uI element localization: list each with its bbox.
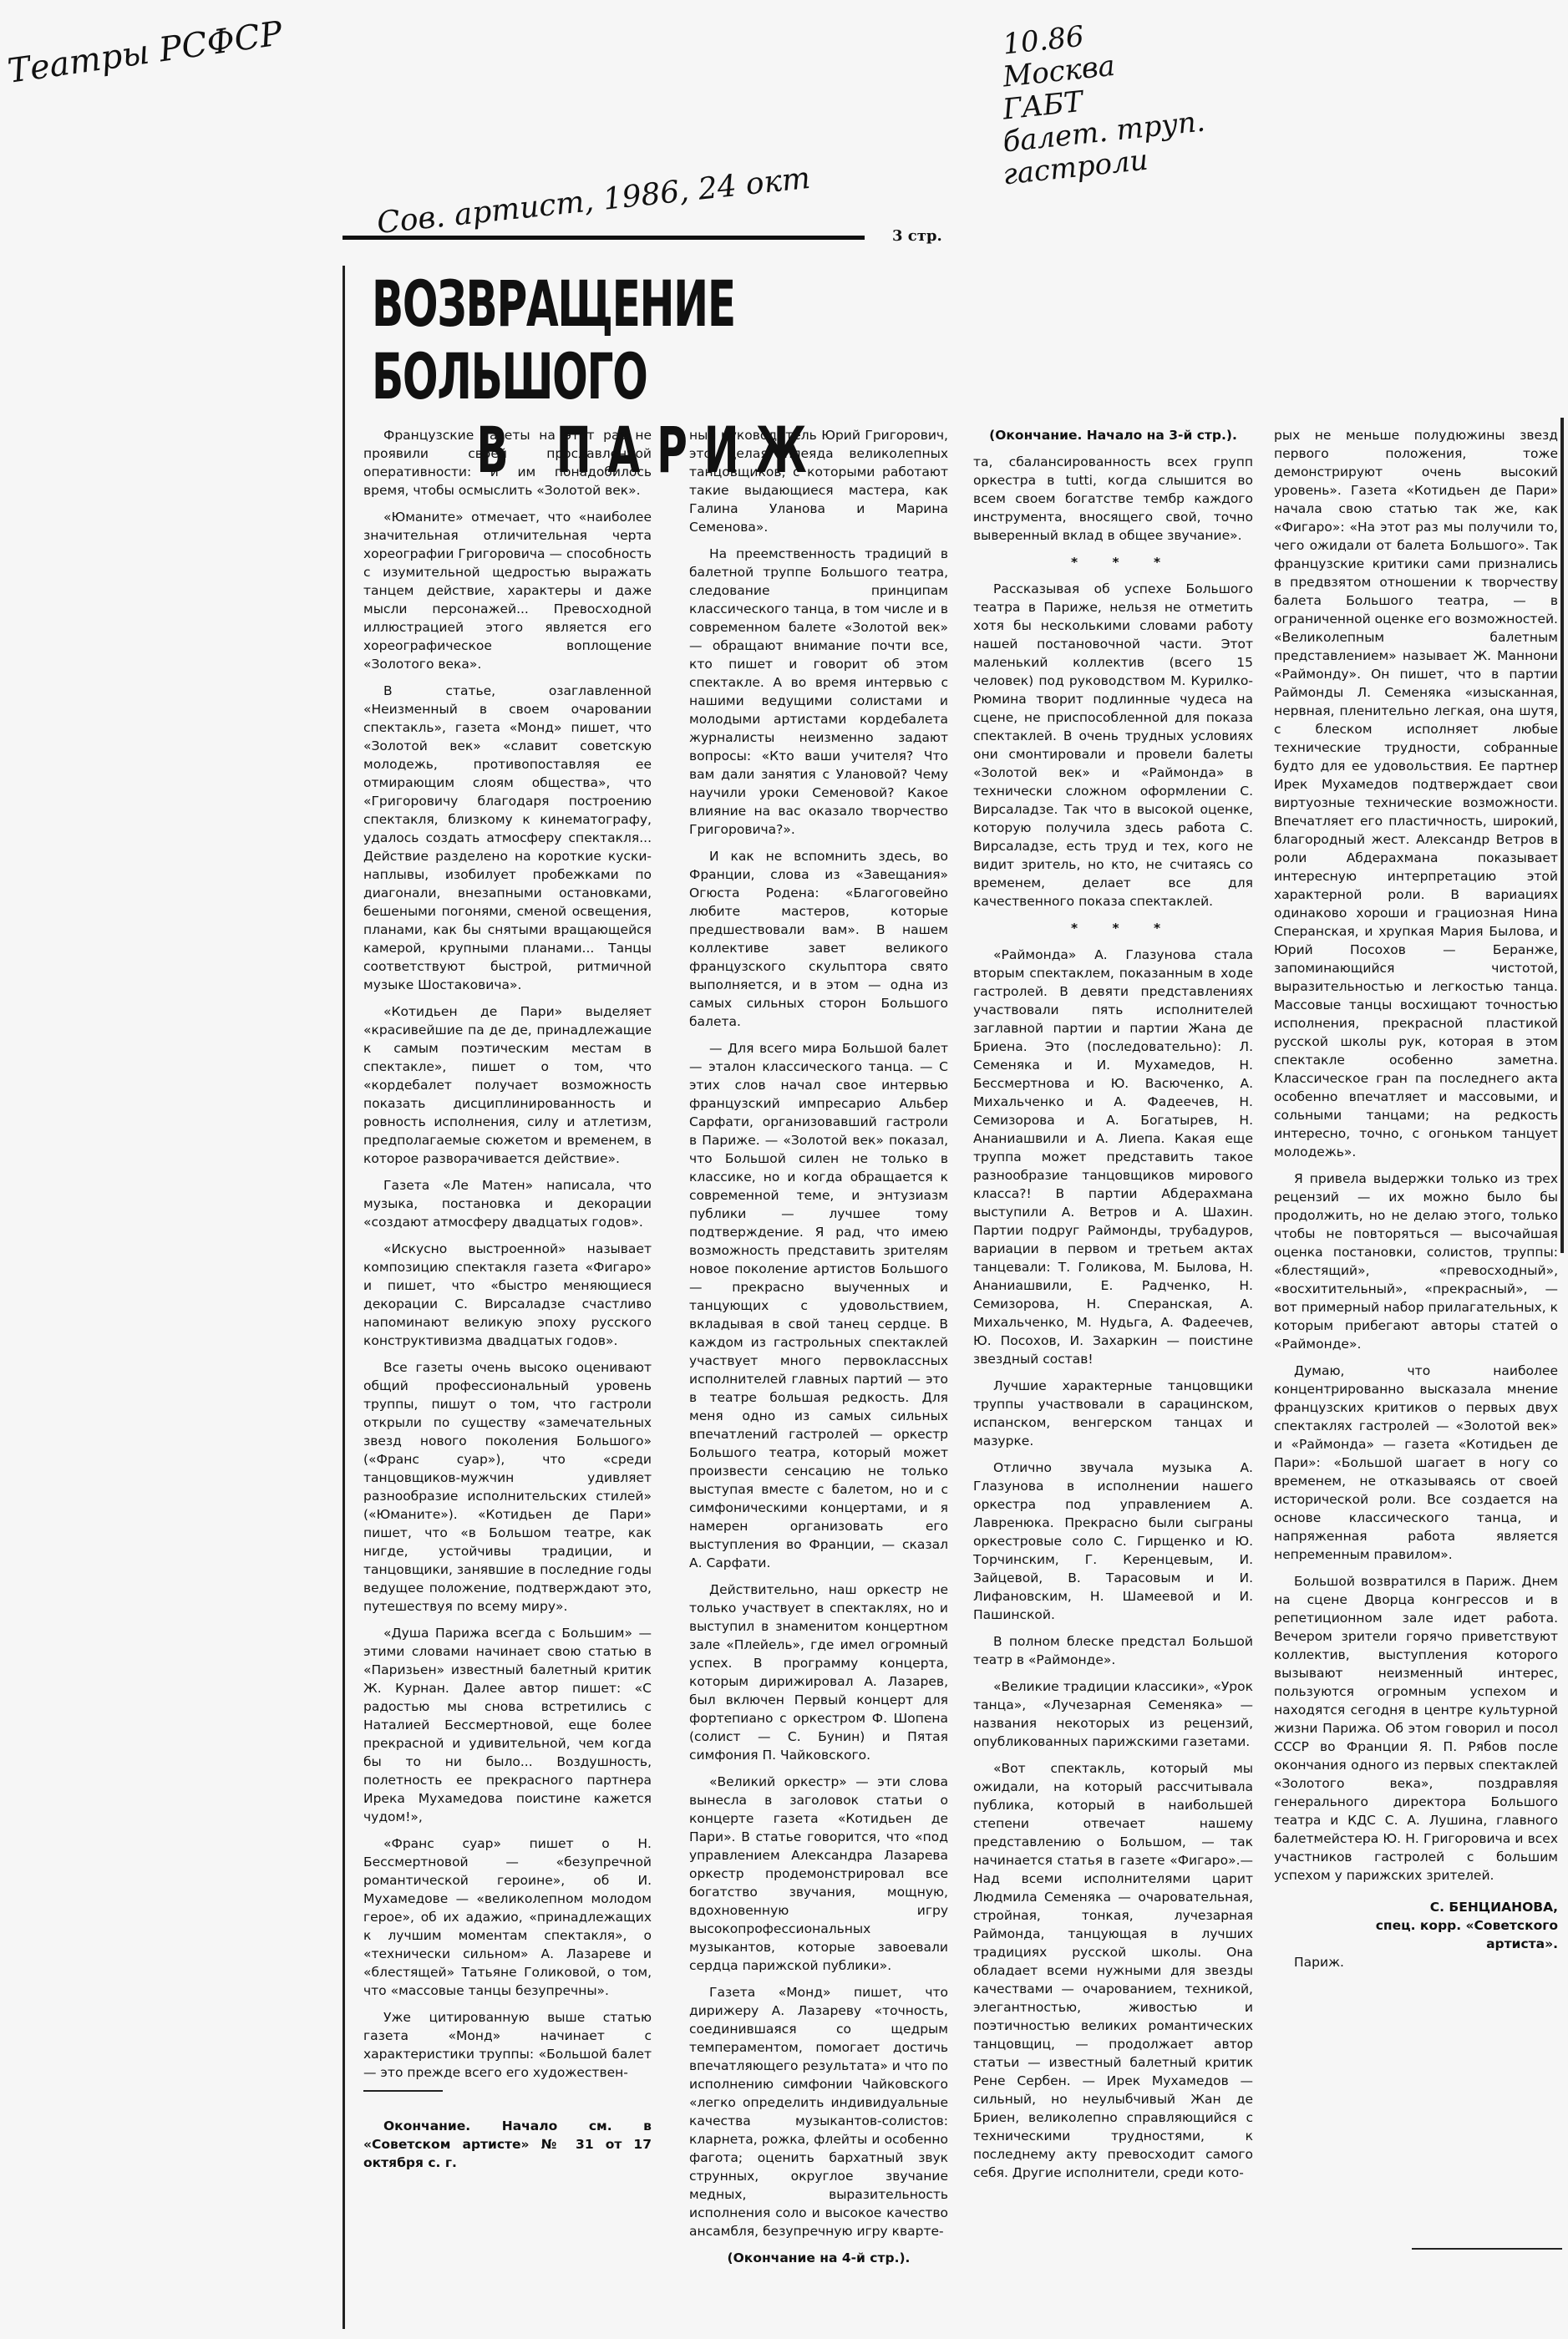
section-divider-stars: * * *	[973, 919, 1253, 937]
section-divider-stars: * * *	[973, 553, 1253, 571]
paragraph: «Вот спектакль, который мы ожидали, на к…	[973, 1759, 1253, 2182]
author-signature: С. БЕНЦИАНОВА, спец. корр. «Советского а…	[1274, 1898, 1558, 1953]
paragraph: Газета «Ле Матен» написала, что музыка, …	[363, 1176, 652, 1231]
paragraph: Действительно, наш оркестр не только уча…	[689, 1580, 948, 1764]
continued-from-page-3: (Окончание. Начало на 3-й стр.).	[973, 426, 1253, 444]
paragraph: «Искусно выстроенной» называет композици…	[363, 1240, 652, 1350]
column-1: Французские газеты на этот раз не прояви…	[363, 426, 652, 2180]
margin-rule	[1560, 418, 1564, 1253]
author-name: С. БЕНЦИАНОВА,	[1274, 1898, 1558, 1916]
column-4: рых не меньше полудюжины звезд первого п…	[1274, 426, 1558, 1980]
paragraph: Рассказывая об успехе Большого театра в …	[973, 580, 1253, 911]
column-2: ный руководитель Юрий Григорович, это це…	[689, 426, 948, 2276]
author-title-cont: артиста».	[1274, 1935, 1558, 1953]
paragraph: «Великий оркестр» — эти слова вынесла в …	[689, 1773, 948, 1975]
paragraph: рых не меньше полудюжины звезд первого п…	[1274, 426, 1558, 1161]
paragraph: «Котидьен де Пари» выделяет «красивейшие…	[363, 1002, 652, 1168]
paragraph: — Для всего мира Большой балет — эталон …	[689, 1039, 948, 1572]
paragraph: Лучшие характерные танцовщики труппы уча…	[973, 1377, 1253, 1450]
paragraph: Уже цитированную выше статью газета «Мон…	[363, 2008, 652, 2082]
paragraph: «Великие традиции классики», «Урок танца…	[973, 1677, 1253, 1751]
paragraph: Большой возвратился в Париж. Днем на сце…	[1274, 1572, 1558, 1885]
dateline-place: Париж.	[1274, 1953, 1558, 1971]
column-3: (Окончание. Начало на 3-й стр.). та, сба…	[973, 426, 1253, 2190]
paragraph: Я привела выдержки только из трех реценз…	[1274, 1169, 1558, 1353]
handwritten-note-left: Театры РСФСР	[5, 14, 284, 91]
paragraph: Отлично звучала музыка А. Глазунова в ис…	[973, 1459, 1253, 1624]
paragraph: На преемственность традиций в балетной т…	[689, 545, 948, 839]
continued-on-page-4: (Окончание на 4-й стр.).	[689, 2249, 948, 2267]
paragraph: В полном блеске предстал Большой театр в…	[973, 1632, 1253, 1669]
paragraph: «Душа Парижа всегда с Большим» — этими с…	[363, 1624, 652, 1826]
paragraph: В статье, озаглавленной «Неизменный в св…	[363, 682, 652, 994]
page-number: 3 стр.	[892, 227, 942, 245]
end-rule	[1412, 2248, 1562, 2250]
handwritten-source: Сов. артист, 1986, 24 окт	[375, 161, 812, 241]
paragraph: Французские газеты на этот раз не прояви…	[363, 426, 652, 500]
paragraph: «Юманите» отмечает, что «наиболее значит…	[363, 508, 652, 673]
paragraph: «Франс суар» пишет о Н. Бессмертновой — …	[363, 1834, 652, 2000]
paragraph: та, сбалансированность всех групп оркест…	[973, 453, 1253, 545]
header-rule	[343, 236, 865, 240]
author-title: спец. корр. «Советского	[1274, 1916, 1558, 1935]
paragraph: Все газеты очень высоко оценивают общий …	[363, 1358, 652, 1616]
handwritten-note-right: 10.86 Москва ГАБТ балет. труп. гастроли	[1002, 18, 1205, 181]
paragraph: И как не вспомнить здесь, во Франции, сл…	[689, 847, 948, 1031]
paragraph: Газета «Монд» пишет, что дирижеру А. Лаз…	[689, 1983, 948, 2240]
headline-line-1: ВОЗВРАЩЕНИЕ БОЛЬШОГО	[372, 267, 948, 414]
paragraph: Думаю, что наиболее концентрированно выс…	[1274, 1362, 1558, 1564]
footnote-divider	[363, 2090, 443, 2092]
footnote-continuation: Окончание. Начало см. в «Советском артис…	[363, 2117, 652, 2172]
paragraph: «Раймонда» А. Глазунова стала вторым спе…	[973, 946, 1253, 1368]
paragraph: ный руководитель Юрий Григорович, это це…	[689, 426, 948, 536]
